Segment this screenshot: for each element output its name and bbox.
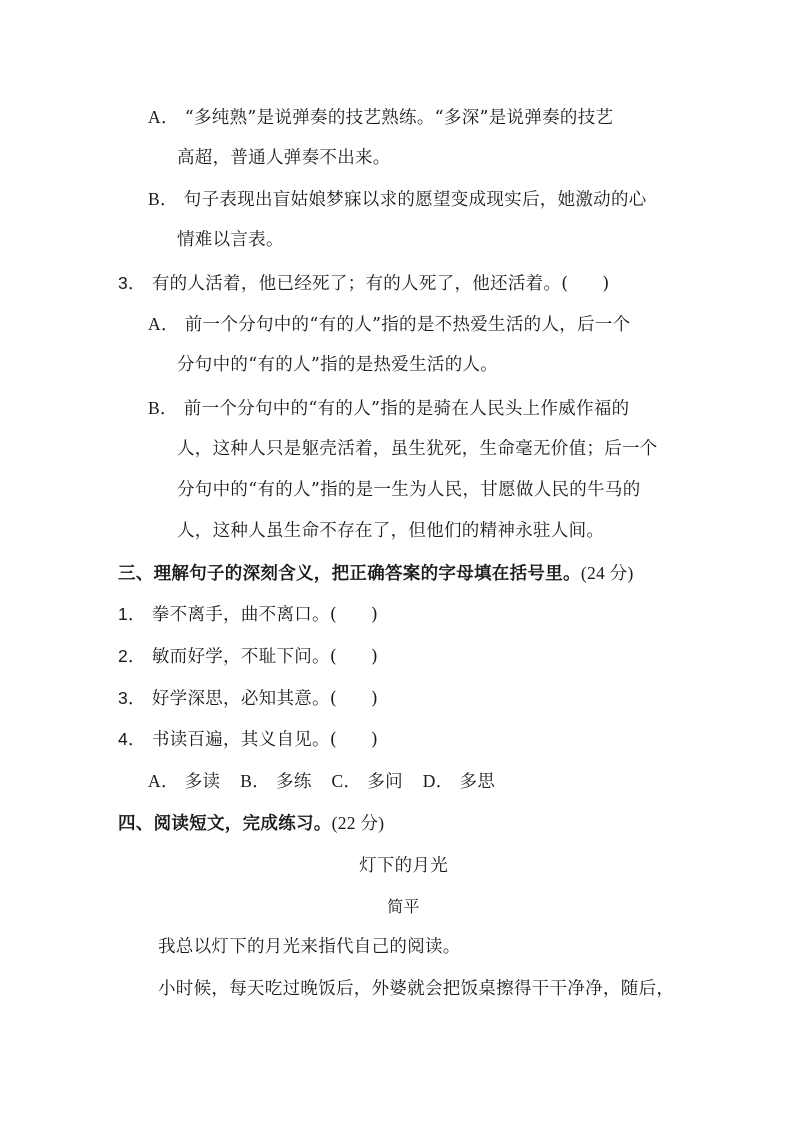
paren-close: ) — [371, 647, 378, 667]
article-title: 灯下的月光 — [0, 855, 793, 877]
document-page: A．“多纯熟”是说弹奏的技艺熟练。“多深”是说弹奏的技艺 高超，普通人弹奏不出来… — [0, 0, 793, 1122]
section-score: (22 分) — [332, 813, 385, 833]
option-text: “多纯熟”是说弹奏的技艺熟练。“多深”是说弹奏的技艺 — [185, 108, 614, 128]
choice-letter: C． — [332, 771, 362, 791]
option-letter: A． — [148, 107, 179, 127]
item-number: 4． — [118, 729, 146, 749]
q3-option-a-line2: 分句中的“有的人”指的是热爱生活的人。 — [177, 354, 498, 376]
option-text: 前一个分句中的“有的人”指的是不热爱生活的人，后一个 — [185, 315, 631, 335]
option-letter: B． — [148, 189, 178, 209]
section-3-item-1: 1．拳不离手，曲不离口。() — [118, 603, 378, 626]
q2-option-b-line2: 情难以言表。 — [177, 229, 284, 251]
question-text: 有的人活着，他已经死了；有的人死了，他还活着。( — [152, 274, 569, 294]
article-paragraph-2: 小时候，每天吃过晚饭后，外婆就会把饭桌擦得干干净净，随后， — [158, 978, 674, 1000]
item-number: 1． — [118, 604, 146, 624]
article-paragraph-1: 我总以灯下的月光来指代自己的阅读。 — [158, 936, 461, 958]
item-text: 敏而好学，不耻下问。( — [152, 647, 337, 667]
q3-option-a-line1: A．前一个分句中的“有的人”指的是不热爱生活的人，后一个 — [148, 313, 630, 336]
option-text: 前一个分句中的“有的人”指的是骑在人民头上作威作福的 — [184, 399, 630, 419]
q3-question: 3．有的人活着，他已经死了；有的人死了，他还活着。() — [118, 272, 610, 295]
choice-b: B．多练 — [240, 772, 311, 792]
section-heading-text: 四、阅读短文，完成练习。 — [118, 814, 332, 834]
q3-option-b-line4: 人，这种人虽生命不存在了，但他们的精神永驻人间。 — [177, 520, 604, 542]
section-4-heading: 四、阅读短文，完成练习。(22 分) — [118, 812, 384, 835]
choice-letter: D． — [423, 771, 454, 791]
item-number: 2． — [118, 646, 146, 666]
q3-option-b-line3: 分句中的“有的人”指的是一生为人民，甘愿做人民的牛马的 — [177, 479, 641, 501]
option-text: 句子表现出盲姑娘梦寐以求的愿望变成现实后，她激动的心 — [184, 190, 647, 210]
q2-option-a-line1: A．“多纯熟”是说弹奏的技艺熟练。“多深”是说弹奏的技艺 — [148, 106, 613, 129]
option-letter: A． — [148, 314, 179, 334]
choice-text: 多读 — [185, 772, 221, 792]
choice-d: D．多思 — [423, 772, 495, 792]
paren-close: ) — [371, 689, 378, 709]
paren-close: ) — [371, 730, 378, 750]
choice-text: 多问 — [367, 772, 403, 792]
paren-close: ) — [371, 605, 378, 625]
choice-c: C．多问 — [332, 772, 403, 792]
question-number: 3． — [118, 273, 146, 293]
choice-letter: A． — [148, 771, 179, 791]
section-3-item-2: 2．敏而好学，不耻下问。() — [118, 645, 378, 668]
item-text: 好学深思，必知其意。( — [152, 689, 337, 709]
option-letter: B． — [148, 398, 178, 418]
section-3-item-4: 4．书读百遍，其义自见。() — [118, 728, 378, 751]
paren-close: ) — [602, 274, 609, 294]
article-author: 简平 — [0, 896, 793, 918]
choice-text: 多练 — [276, 772, 312, 792]
q3-option-b-line1: B．前一个分句中的“有的人”指的是骑在人民头上作威作福的 — [148, 397, 629, 420]
q2-option-a-line2: 高超，普通人弹奏不出来。 — [177, 147, 391, 169]
choice-letter: B． — [240, 771, 270, 791]
choice-a: A．多读 — [148, 772, 220, 792]
item-text: 书读百遍，其义自见。( — [152, 730, 337, 750]
section-3-heading: 三、理解句子的深刻含义，把正确答案的字母填在括号里。(24 分) — [118, 562, 634, 585]
section-3-item-3: 3．好学深思，必知其意。() — [118, 687, 378, 710]
item-number: 3． — [118, 688, 146, 708]
q3-option-b-line2: 人，这种人只是躯壳活着，虽生犹死，生命毫无价值；后一个 — [177, 438, 658, 460]
section-3-choices: A．多读 B．多练 C．多问 D．多思 — [148, 770, 509, 793]
section-score: (24 分) — [581, 563, 634, 583]
q2-option-b-line1: B．句子表现出盲姑娘梦寐以求的愿望变成现实后，她激动的心 — [148, 188, 647, 211]
choice-text: 多思 — [460, 772, 496, 792]
section-heading-text: 三、理解句子的深刻含义，把正确答案的字母填在括号里。 — [118, 564, 581, 584]
item-text: 拳不离手，曲不离口。( — [152, 605, 337, 625]
